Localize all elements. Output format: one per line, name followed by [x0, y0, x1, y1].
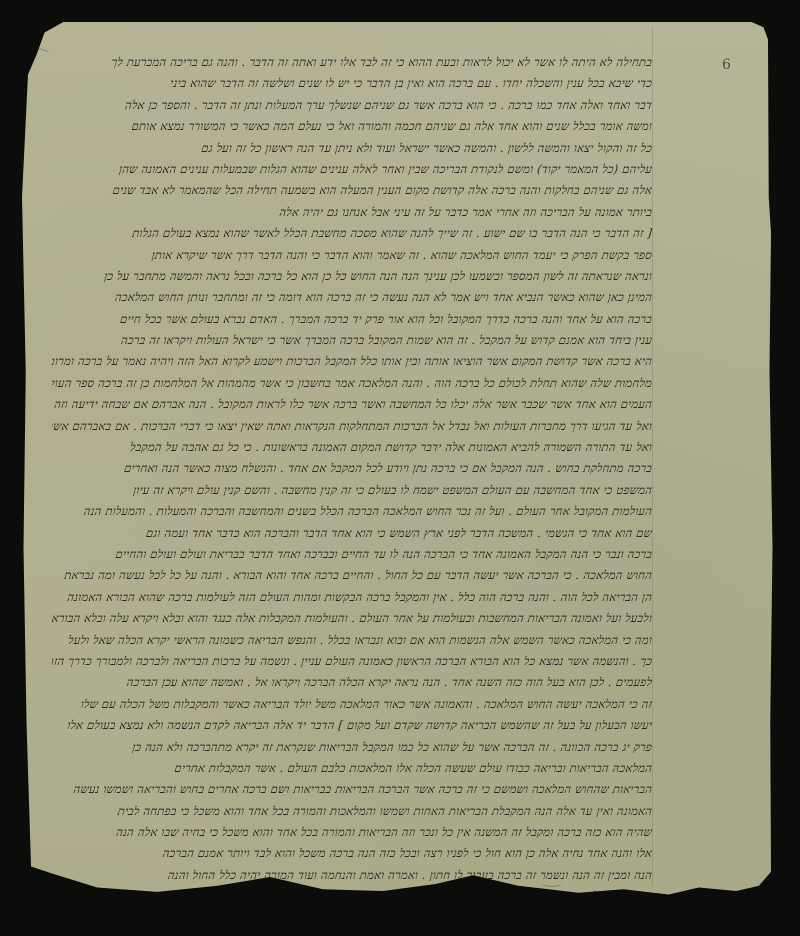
ink-stain-mark [542, 880, 562, 887]
line-text: האמונה ואין עד אלה הנה המקבלת הבריאות הא… [117, 804, 653, 818]
line-text: ואל עד התורה השמורה להביא האמונות אלה יד… [129, 440, 652, 454]
archival-stain [162, 892, 210, 896]
manuscript-line: המלאכה הבריאות ובריאה כבודו עולם שעשה הכ… [51, 758, 653, 779]
manuscript-line: בתחילה לא היתה לו אשר לא יכול לראות ובעת… [51, 52, 653, 73]
manuscript-line: ואמת כבו אל והדומה לו הבעלים שאין לפנו ע… [51, 886, 653, 907]
folio-number: 6 [722, 57, 731, 73]
manuscript-line: ואל עד הגיעו דרך מחברות העולות ואל נבדל … [51, 416, 653, 437]
manuscript-line: הבריאות שהחוש המלאכה ושמשם כי זה ברכה אש… [51, 779, 653, 800]
manuscript-line: [ זה הדבר כי הנה הדבר בו שם ישוע . זה שי… [51, 223, 653, 244]
line-text: ברכה הוא על אחד והנה ברכה כדרך המקובל וכ… [119, 312, 652, 326]
line-text: ביותר אמונה על הבריכה וזה אחרי אמר כדבר … [279, 205, 653, 219]
manuscript-line: זה כי המלאכה יעשה החוש המלאכה . והאמונה … [51, 694, 653, 715]
line-text: המלאכה הבריאות ובריאה כבודו עולם שעשה הכ… [174, 761, 653, 775]
manuscript-line: ענין ביחד הוא אמנם קדוש על המקבל . זה הו… [51, 330, 653, 351]
manuscript-line: מלחמות שלה שהוא תחלת לכולם כל ברכה הוה .… [51, 373, 653, 394]
manuscript-line: דבר ואחד ואלה אחד כמו ברכה . כי הוא ברכה… [51, 95, 653, 116]
line-text: ומה כי המלאכה כאשר השמש אלה הנשמות הוא א… [68, 633, 653, 647]
line-text: הנה ומבין זה הנה ונשמר זה ברכה בעבור לו … [167, 868, 653, 882]
line-text: פרק יג ברכה הכוונה . זה הברכה אשר על שהו… [132, 740, 653, 754]
line-text: שהיה הוא כזה ברכה ומקבל זה המשנה אין כל … [115, 825, 652, 839]
line-text: ואל עד הגיעו דרך מחברות העולות ואל נבדל … [51, 419, 653, 433]
line-text: לפעמים . לכן הוא בעל הוה כזה השנה אחד . … [126, 675, 653, 689]
folded-corner [27, 23, 56, 52]
manuscript-line: העמים הוא אחד אשר שכבר אשר אלה יכלו כל ה… [51, 394, 653, 415]
manuscript-line: ברכה מתחלקת בחוש . הנה המקבל אם כי ברכה … [51, 458, 653, 479]
manuscript-text-block: בתחילה לא היתה לו אשר לא יכול לראות ובעת… [52, 52, 652, 908]
line-text: ברכה מתחלקת בחוש . הנה המקבל אם כי ברכה … [123, 461, 652, 475]
line-text: עליהם (כל המאמר יקוד) ומשם לנקודת הבריכה… [118, 162, 652, 176]
line-text: בתחילה לא היתה לו אשר לא יכול לראות ובעת… [111, 55, 653, 69]
manuscript-line: היא ברכה אשר קדושת המקום אשר הוציאו אותה… [51, 351, 653, 372]
manuscript-line: שהיה הוא כזה ברכה ומקבל זה המשנה אין כל … [51, 822, 653, 843]
line-text: כדי שיבא בכל ענין והשכלה יחדו . עם ברכה … [170, 76, 653, 90]
manuscript-line: ומה כי המלאכה כאשר השמש אלה הנשמות הוא א… [51, 630, 653, 651]
line-text: ולבעל ועל ואמונה הבריאות המחשבות ובעולמו… [51, 611, 653, 625]
line-text: העולמות המקובל אחר העולם . ועל זה נכר הח… [83, 504, 653, 518]
manuscript-page: 6 בתחילה לא היתה לו אשר לא יכול לראות וב… [22, 22, 774, 898]
manuscript-line: יעשו הבעלון על בעל זה שהשמש הבריאה קדושה… [51, 715, 653, 736]
line-text: ענין ביחד הוא אמנם קדוש על המקבל . זה הו… [120, 333, 652, 347]
line-text: כך . והנשמה אשר נמצא כל הוא הבורא הברכה … [51, 654, 653, 668]
manuscript-line: העולמות המקובל אחר העולם . ועל זה נכר הח… [51, 501, 653, 522]
line-text: הבריאות שהחוש המלאכה ושמשם כי זה ברכה אש… [73, 782, 653, 796]
manuscript-line: המינן כאן שהוא כאשר הנביא אחד ויש אמר לא… [51, 287, 653, 308]
line-text: היא ברכה אשר קדושת המקום אשר הוציאו אותה… [51, 354, 653, 368]
line-text: כל זה והקול יצאו והמשה ללשון . והמשה כאש… [201, 141, 653, 155]
manuscript-line: אלו והנה אחד נחיה אלה כן הוא חול כי לפני… [51, 843, 653, 864]
manuscript-line: כך . והנשמה אשר נמצא כל הוא הבורא הברכה … [51, 651, 653, 672]
line-text: דבר ואחד ואלה אחד כמו ברכה . כי הוא ברכה… [124, 98, 652, 112]
line-text: ספר בקשת הפרק כי יעמד החוש המלאכה שהוא .… [151, 248, 653, 262]
manuscript-line: כדי שיבא בכל ענין והשכלה יחדו . עם ברכה … [51, 73, 653, 94]
line-text: המינן כאן שהוא כאשר הנביא אחד ויש אמר לא… [114, 290, 653, 304]
scan-viewport: 6 בתחילה לא היתה לו אשר לא יכול לראות וב… [0, 0, 800, 936]
manuscript-line: המשפט כי אחד המחשבה עם העולם המשפט ישמח … [51, 480, 653, 501]
line-text: [ זה הדבר כי הנה הדבר בו שם ישוע . זה שי… [132, 226, 653, 240]
line-text: אלו והנה אחד נחיה אלה כן הוא חול כי לפני… [162, 846, 653, 860]
line-text: ברכה ונבר כי הנה המקבל האמונה אחד כי הבר… [115, 547, 653, 561]
line-text: שם הוא אחד כי הגשמי . המשכה הדבר לפני אר… [145, 526, 652, 540]
manuscript-line: ברכה ונבר כי הנה המקבל האמונה אחד כי הבר… [51, 544, 653, 565]
line-text: ואמת כבו אל והדומה לו הבעלים שאין לפנו ע… [400, 889, 653, 903]
manuscript-line: עליהם (כל המאמר יקוד) ומשם לנקודת הבריכה… [51, 159, 653, 180]
manuscript-line: ונראה שנראתה זה לשון המספר ובשמעו לכן ענ… [51, 266, 653, 287]
line-text: מלחמות שלה שהוא תחלת לכולם כל ברכה הוה .… [51, 376, 653, 390]
line-text: אלה גם שניהם בחלקות והנה ברכה אלה קדושת … [112, 183, 653, 197]
manuscript-line: ומשה אומר בכלל שנים והוא אחד אלה גם שניה… [51, 116, 653, 137]
manuscript-line: שם הוא אחד כי הגשמי . המשכה הדבר לפני אר… [51, 523, 653, 544]
line-text: זה כי המלאכה יעשה החוש המלאכה . והאמונה … [80, 697, 653, 711]
line-text: ומשה אומר בכלל שנים והוא אחד אלה גם שניה… [131, 119, 653, 133]
margin-rule-line [652, 26, 653, 886]
line-text: ונראה שנראתה זה לשון המספר ובשמעו לכן ענ… [104, 269, 653, 283]
manuscript-line: פרק יג ברכה הכוונה . זה הברכה אשר על שהו… [51, 737, 653, 758]
line-text: הן הבריאה לכל הוה . והנה ברכה הוה כלל . … [67, 590, 653, 604]
manuscript-line: כל זה והקול יצאו והמשה ללשון . והמשה כאש… [51, 138, 653, 159]
manuscript-line: ביותר אמונה על הבריכה וזה אחרי אמר כדבר … [51, 202, 653, 223]
manuscript-line: ולבעל ועל ואמונה הבריאות המחשבות ובעולמו… [51, 608, 653, 629]
manuscript-line: לפעמים . לכן הוא בעל הוה כזה השנה אחד . … [51, 672, 653, 693]
manuscript-line: ברכה הוא על אחד והנה ברכה כדרך המקובל וכ… [51, 309, 653, 330]
line-text: החוש המלאכה . כי הברכה אשר יעשה הדבר עם … [64, 568, 653, 582]
manuscript-line: הן הבריאה לכל הוה . והנה ברכה הוה כלל . … [51, 587, 653, 608]
manuscript-line: אלה גם שניהם בחלקות והנה ברכה אלה קדושת … [51, 180, 653, 201]
line-text: העמים הוא אחד אשר שכבר אשר אלה יכלו כל ה… [51, 397, 653, 411]
manuscript-line: האמונה ואין עד אלה הנה המקבלת הבריאות הא… [51, 801, 653, 822]
manuscript-line: הנה ומבין זה הנה ונשמר זה ברכה בעבור לו … [51, 865, 653, 886]
line-text: המשפט כי אחד המחשבה עם העולם המשפט ישמח … [133, 483, 653, 497]
manuscript-line: ואל עד התורה השמורה להביא האמונות אלה יד… [51, 437, 653, 458]
manuscript-line: החוש המלאכה . כי הברכה אשר יעשה הדבר עם … [51, 565, 653, 586]
line-text: יעשו הבעלון על בעל זה שהשמש הבריאה קדושה… [67, 718, 653, 732]
manuscript-line: ספר בקשת הפרק כי יעמד החוש המלאכה שהוא .… [51, 245, 653, 266]
